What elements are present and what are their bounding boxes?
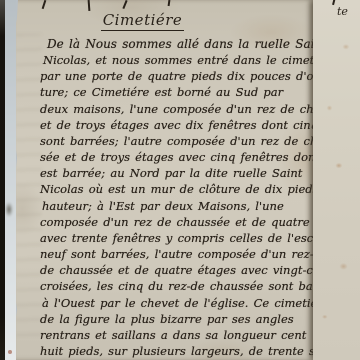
ink-showthrough (16, 34, 42, 344)
adjacent-page-text: te (337, 5, 348, 18)
manuscript-line: composée d'un rez de chaussée et de quat… (40, 214, 312, 230)
manuscript-text: Cimetiére De là Nous sommes allé dans la… (40, 2, 312, 359)
manuscript-line: Nicolas, et nous sommes entré dans le ci… (40, 52, 312, 68)
manuscript-line: Nicolas où est un mur de clôture de dix … (40, 181, 312, 197)
manuscript-line: De là Nous sommes allé dans la ruelle Sa… (40, 36, 312, 52)
manuscript-line: ture; ce Cimetiére est borné au Sud par (40, 84, 312, 100)
manuscript-line: et de troys étages avec dix fenêtres don… (40, 117, 312, 133)
photo-left-dark-edge (0, 0, 5, 360)
cropped-line-stroke (168, 0, 171, 6)
cropped-previous-line (40, 0, 240, 12)
manuscript-body: De là Nous sommes allé dans la ruelle Sa… (40, 36, 312, 359)
adjacent-page: te (313, 0, 360, 360)
manuscript-line: avec trente fenêtres y compris celles de… (40, 230, 312, 246)
manuscript-line: hauteur; à l'Est par deux Maisons, l'une (40, 198, 312, 214)
backing-red-dot (8, 350, 12, 354)
manuscript-line: sée et de troys étages avec cinq fenêtre… (40, 149, 312, 165)
manuscript-line: à l'Ouest par le chevet de l'église. Ce … (40, 295, 312, 311)
cropped-line-stroke (88, 0, 91, 11)
manuscript-line: deux maisons, l'une composée d'un rez de… (40, 101, 312, 117)
cropped-line-stroke (42, 0, 47, 9)
manuscript-line: de la figure la plus bizarre par ses ang… (40, 311, 312, 327)
backing-smudge (5, 202, 13, 217)
manuscript-line: sont barrées; l'autre composée d'un rez … (40, 133, 312, 149)
foxing-spots (313, 0, 360, 360)
cropped-line-stroke (122, 0, 127, 9)
manuscript-line: neuf sont barrées, l'autre composée d'un… (40, 246, 312, 262)
manuscript-photo: Cimetiére De là Nous sommes allé dans la… (0, 0, 360, 360)
page-title: Cimetiére (101, 11, 185, 31)
manuscript-line: par une porte de quatre pieds dix pouces… (40, 68, 312, 84)
manuscript-line: est barrée; au Nord par la dite ruelle S… (40, 165, 312, 181)
manuscript-line: huit pieds, sur plusieurs largeurs, de t… (40, 343, 312, 359)
manuscript-line: croisées, les cinq du rez-de chaussée so… (40, 278, 312, 294)
manuscript-line: rentrans et saillans a dans sa longueur … (40, 327, 312, 343)
title-row: Cimetiére (40, 10, 245, 31)
backing-strip (4, 0, 16, 360)
manuscript-line: de chaussée et de quatre étages avec vin… (40, 262, 312, 278)
